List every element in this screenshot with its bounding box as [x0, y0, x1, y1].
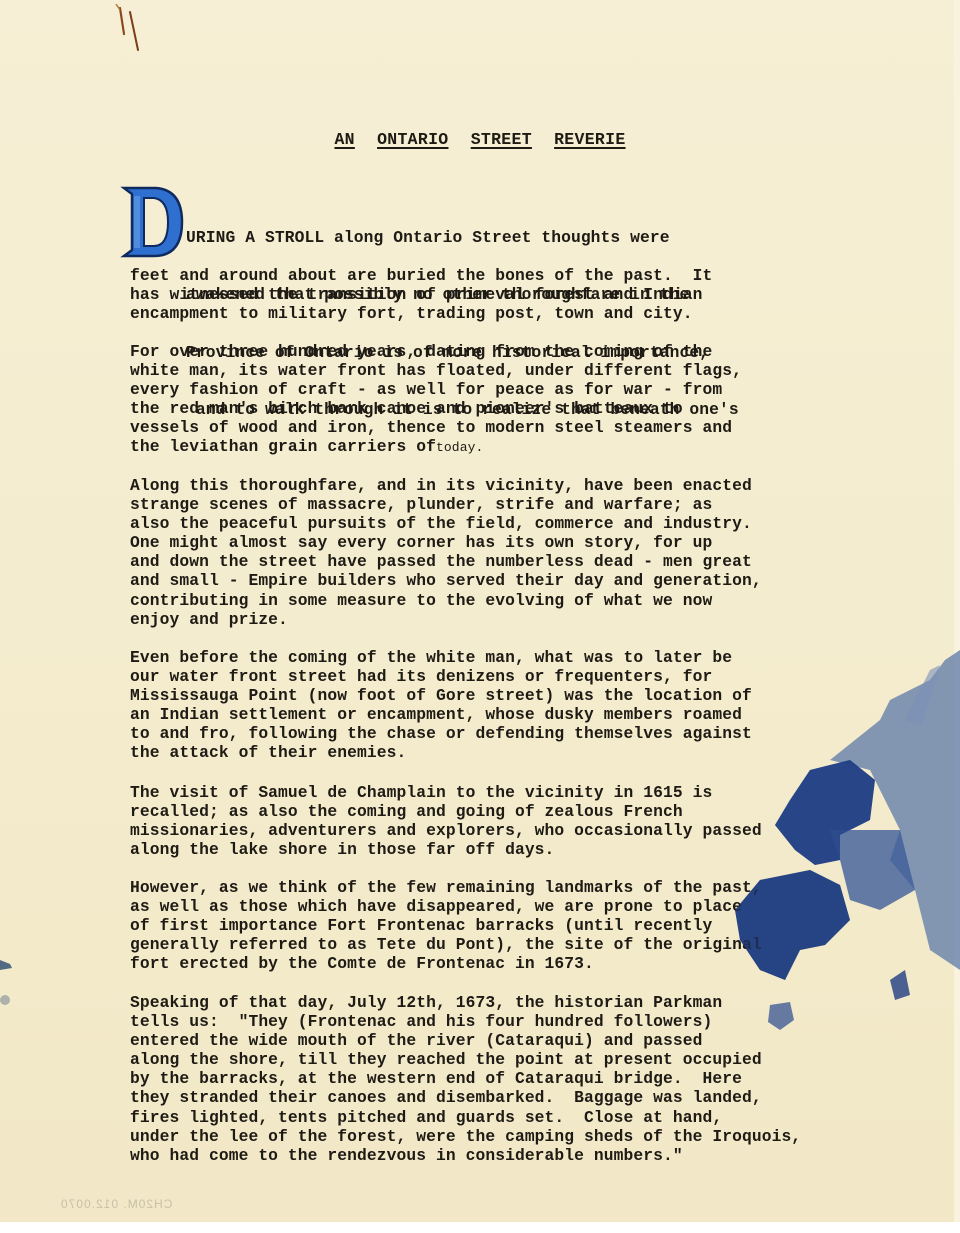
- text-line: URING A STROLL along Ontario Street thou…: [186, 228, 956, 247]
- text-line: and down the street have passed the numb…: [130, 552, 900, 571]
- paragraph-2: For over three hundred years, dating fro…: [130, 342, 900, 458]
- text-line: tells us: "They (Frontenac and his four …: [130, 1012, 900, 1031]
- text-line: Mississauga Point (now foot of Gore stre…: [130, 686, 900, 705]
- text-line: by the barracks, at the western end of C…: [130, 1069, 900, 1088]
- scan-margin: [0, 1222, 960, 1233]
- text-line: One might almost say every corner has it…: [130, 533, 900, 552]
- text-line: Speaking of that day, July 12th, 1673, t…: [130, 993, 900, 1012]
- text-line: Along this thoroughfare, and in its vici…: [130, 476, 900, 495]
- paragraph-5: The visit of Samuel de Champlain to the …: [130, 783, 900, 859]
- text-line: who had come to the rendezvous in consid…: [130, 1146, 900, 1165]
- text-line: they stranded their canoes and disembark…: [130, 1088, 900, 1107]
- paragraph-7: Speaking of that day, July 12th, 1673, t…: [130, 993, 900, 1165]
- text-line: white man, its water front has floated, …: [130, 361, 900, 380]
- handwritten-correction: today.: [436, 440, 483, 455]
- paragraph-1: feet and around about are buried the bon…: [130, 266, 900, 323]
- text-segment: the leviathan grain carriers of: [130, 437, 436, 456]
- text-line: vessels of wood and iron, thence to mode…: [130, 418, 900, 437]
- document-title: AN ONTARIO STREET REVERIE: [0, 130, 960, 149]
- text-line: also the peaceful pursuits of the field,…: [130, 514, 900, 533]
- text-line: strange scenes of massacre, plunder, str…: [130, 495, 900, 514]
- text-line: of first importance Fort Frontenac barra…: [130, 916, 900, 935]
- archive-stamp: CH20M. 012.0070: [60, 1197, 172, 1211]
- rust-mark-icon: [112, 4, 140, 52]
- text-line: encampment to military fort, trading pos…: [130, 304, 900, 323]
- text-line: along the shore, till they reached the p…: [130, 1050, 900, 1069]
- text-line: our water front street had its denizens …: [130, 667, 900, 686]
- text-line: as well as those which have disappeared,…: [130, 897, 900, 916]
- text-line: entered the wide mouth of the river (Cat…: [130, 1031, 900, 1050]
- text-line: has witnessed the transition of primeval…: [130, 285, 900, 304]
- text-line: The visit of Samuel de Champlain to the …: [130, 783, 900, 802]
- text-line: and small - Empire builders who served t…: [130, 571, 900, 590]
- text-line: missionaries, adventurers and explorers,…: [130, 821, 900, 840]
- text-line: However, as we think of the few remainin…: [130, 878, 900, 897]
- paragraph-4: Even before the coming of the white man,…: [130, 648, 900, 763]
- title-word: STREET: [471, 130, 532, 149]
- text-line: fires lighted, tents pitched and guards …: [130, 1108, 900, 1127]
- title-word: ONTARIO: [377, 130, 448, 149]
- text-line: feet and around about are buried the bon…: [130, 266, 900, 285]
- text-line: the red man's birch bark canoe and pione…: [130, 399, 900, 418]
- text-line: For over three hundred years, dating fro…: [130, 342, 900, 361]
- text-line: fort erected by the Comte de Frontenac i…: [130, 954, 900, 973]
- text-line: recalled; as also the coming and going o…: [130, 802, 900, 821]
- text-line: an Indian settlement or encampment, whos…: [130, 705, 900, 724]
- text-line: contributing in some measure to the evol…: [130, 591, 900, 610]
- text-line: enjoy and prize.: [130, 610, 900, 629]
- title-word: REVERIE: [554, 130, 625, 149]
- paragraph-6: However, as we think of the few remainin…: [130, 878, 900, 973]
- title-word: AN: [334, 130, 354, 149]
- text-line: along the lake shore in those far off da…: [130, 840, 900, 859]
- text-line: Even before the coming of the white man,…: [130, 648, 900, 667]
- text-line: the leviathan grain carriers oftoday.: [130, 437, 900, 457]
- text-line: under the lee of the forest, were the ca…: [130, 1127, 900, 1146]
- paragraph-3: Along this thoroughfare, and in its vici…: [130, 476, 900, 629]
- text-line: generally referred to as Tete du Pont), …: [130, 935, 900, 954]
- text-line: the attack of their enemies.: [130, 743, 900, 762]
- text-line: to and fro, following the chase or defen…: [130, 724, 900, 743]
- paper-edge: [954, 0, 960, 1222]
- text-line: every fashion of craft - as well for pea…: [130, 380, 900, 399]
- drop-cap-d: [120, 186, 184, 258]
